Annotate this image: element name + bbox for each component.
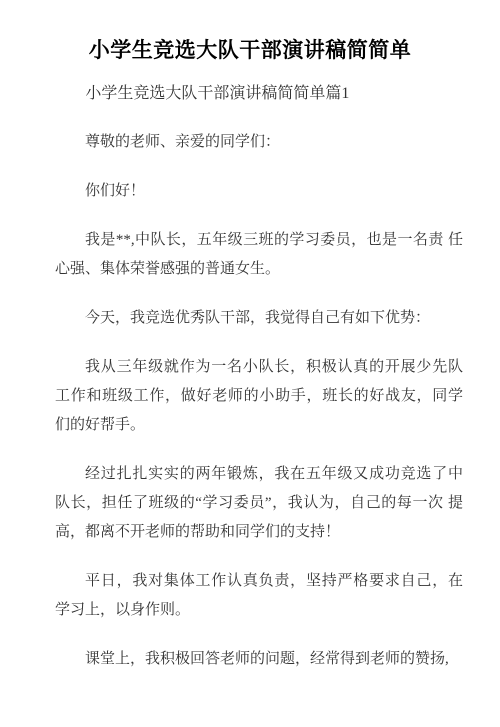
document-subtitle: 小学生竞选大队干部演讲稿简简单篇1 — [55, 79, 463, 108]
document-body: 小学生竞选大队干部演讲稿简简单篇1 尊敬的老师、亲爱的同学们： 你们好！ 我是*… — [0, 79, 500, 674]
paragraph-greeting: 你们好！ — [55, 177, 463, 206]
paragraph-salutation: 尊敬的老师、亲爱的同学们： — [55, 128, 463, 157]
paragraph-self-introduction: 我是**,中队长，五年级三班的学习委员，也是一名责 任心强、集体荣誉感强的普通女… — [55, 226, 463, 284]
paragraph-classroom-performance: 课堂上，我积极回答老师的问题，经常得到老师的赞扬, — [55, 645, 463, 674]
paragraph-work-attitude: 平日，我对集体工作认真负责，坚持严格要求自己，在 学习上，以身作则。 — [55, 567, 463, 625]
paragraph-squadron-leader-experience: 经过扎扎实实的两年锻炼，我在五年级又成功竞选了中 队长，担任了班级的“学习委员”… — [55, 460, 463, 547]
paragraph-candidacy-statement: 今天，我竞选优秀队干部，我觉得自己有如下优势： — [55, 304, 463, 333]
paragraph-squad-leader-experience: 我从三年级就作为一名小队长，积极认真的开展少先队 工作和班级工作，做好老师的小助… — [55, 353, 463, 440]
document-page: 小学生竞选大队干部演讲稿简简单 小学生竞选大队干部演讲稿简简单篇1 尊敬的老师、… — [0, 0, 500, 727]
document-title: 小学生竞选大队干部演讲稿简简单 — [20, 36, 480, 65]
